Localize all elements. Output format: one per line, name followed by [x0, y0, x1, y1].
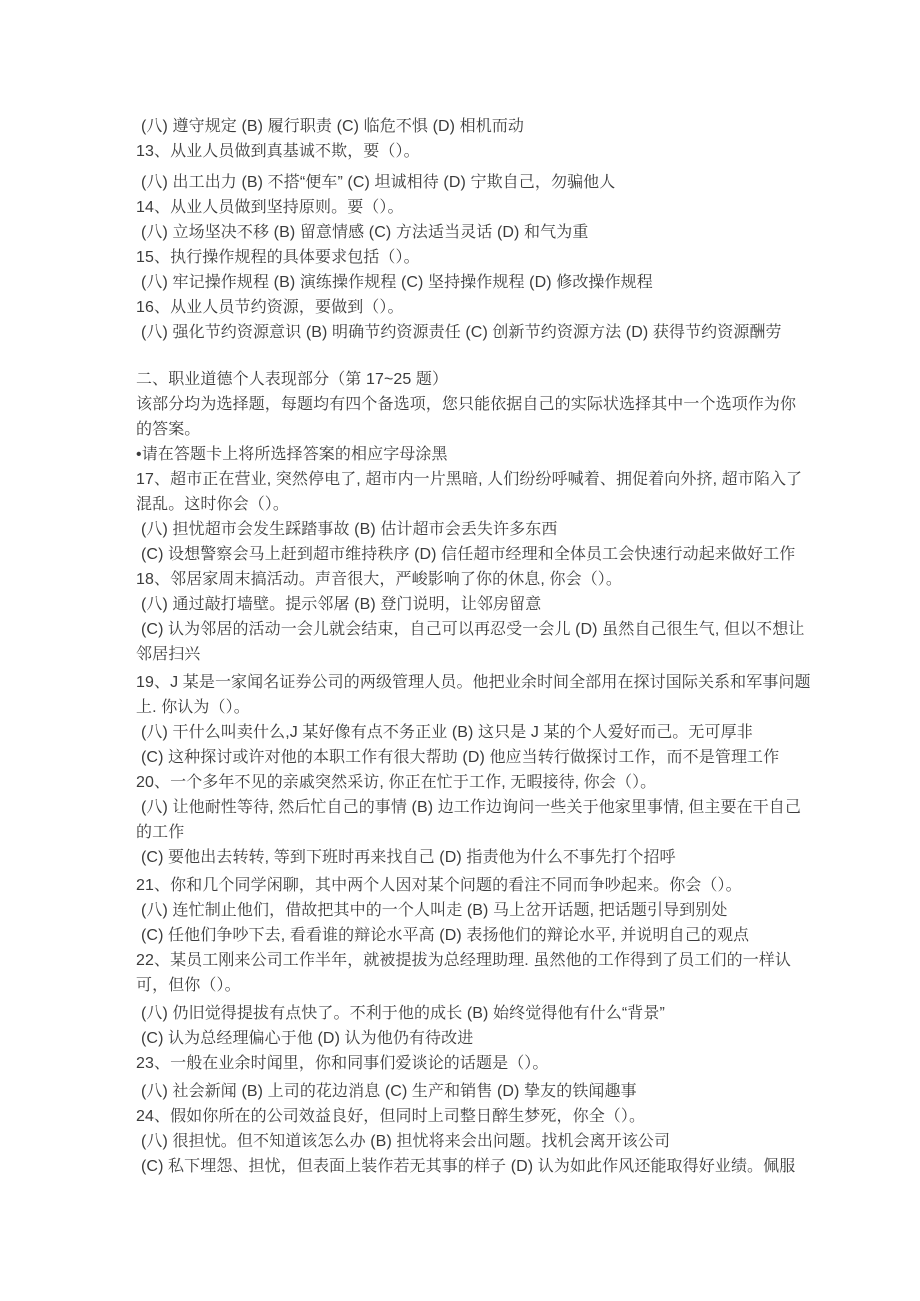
line-q19: 19、J 某是一家闻名证券公司的两级管理人员。他把业余时间全部用在探讨国际关系和…	[136, 670, 890, 695]
line-q15: 15、执行操作规程的具体要求包括（）。	[136, 245, 890, 270]
line-q19-options-cd: (C) 这种探讨或许对他的本职工作有很大帮助 (D) 他应当转行做探讨工作，而不…	[136, 745, 890, 770]
line-q20: 20、一个多年不见的亲戚突然采访, 你正在忙于工作, 无暇接待, 你会（）。	[136, 770, 890, 795]
exam-page: (八) 遵守规定 (B) 履行职责 (C) 临危不惧 (D) 相机而动 13、从…	[0, 0, 920, 1179]
line-q17-cont: 混乱。这时你会（）。	[136, 492, 890, 517]
section-2-instructions-1: 该部分均为选择题，每题均有四个备选项，您只能依据自己的实际状选择其中一个选项作为…	[136, 392, 890, 417]
line-q24-options-ab: (八) 很担忧。但不知道该怎么办 (B) 担忧将来会出问题。找机会离开该公司	[136, 1129, 890, 1154]
line-q14: 14、从业人员做到坚持原则。要（）。	[136, 195, 890, 220]
line-q23-options: (八) 社会新闻 (B) 上司的花边消息 (C) 生产和销售 (D) 挚友的铁闻…	[136, 1079, 890, 1104]
line-q13-options: (八) 出工出力 (B) 不搭“便车” (C) 坦诚相待 (D) 宁欺自己，勿骗…	[136, 170, 890, 195]
line-q18-options-cd: (C) 认为邻居的活动一会儿就会结束，自己可以再忍受一会儿 (D) 虽然自己很生…	[136, 617, 890, 642]
line-q24: 24、假如你所在的公司效益良好，但同时上司整日醉生梦死，你全（）。	[136, 1104, 890, 1129]
line-q18: 18、邻居家周末搞活动。声音很大，严峻影响了你的休息, 你会（）。	[136, 567, 890, 592]
line-q20-options-cd: (C) 要他出去转转, 等到下班时再来找自己 (D) 指责他为什么不事先打个招呼	[136, 845, 890, 870]
line-q20-options-ab: (八) 让他耐性等待, 然后忙自己的事情 (B) 边工作边询问一些关于他家里事情…	[136, 795, 890, 820]
line-q12-options: (八) 遵守规定 (B) 履行职责 (C) 临危不惧 (D) 相机而动	[136, 114, 890, 139]
line-q19-cont: 上. 你认为（）。	[136, 695, 890, 720]
line-q24-options-cd: (C) 私下埋怨、担忧，但表面上装作若无其事的样子 (D) 认为如此作风还能取得…	[136, 1154, 890, 1179]
line-q16: 16、从业人员节约资源，要做到（）。	[136, 295, 890, 320]
line-q21: 21、你和几个同学闲聊，其中两个人因对某个问题的看注不同而争吵起来。你会（）。	[136, 873, 890, 898]
line-q23: 23、一般在业余时闻里，你和同事们爱谈论的话题是（）。	[136, 1051, 890, 1076]
line-q22-cont: 可，但你（）。	[136, 973, 890, 998]
line-q18-options-cont: 邻居扫兴	[136, 642, 890, 667]
line-q15-options: (八) 牢记操作规程 (B) 演练操作规程 (C) 坚持操作规程 (D) 修改操…	[136, 270, 890, 295]
line-q20-options-cont: 的工作	[136, 820, 890, 845]
line-q19-options-ab: (八) 干什么叫卖什么,J 某好像有点不务正业 (B) 这只是 J 某的个人爱好…	[136, 720, 890, 745]
line-q21-options-ab: (八) 连忙制止他们，借故把其中的一个人叫走 (B) 马上岔开话题, 把话题引导…	[136, 898, 890, 923]
line-q13: 13、从业人员做到真基诚不欺，要（）。	[136, 139, 890, 164]
line-q18-options-ab: (八) 通过敲打墙壁。提示邻屠 (B) 登门说明，让邻房留意	[136, 592, 890, 617]
line-q17-options-cd: (C) 设想警察会马上赶到超市维持秩序 (D) 信任超市经理和全体员工会快速行动…	[136, 542, 890, 567]
line-q21-options-cd: (C) 任他们争吵下去, 看看谁的辩论水平高 (D) 表扬他们的辩论水平, 并说…	[136, 923, 890, 948]
line-q22: 22、某员工刚来公司工作半年，就被提拔为总经理助理. 虽然他的工作得到了员工们的…	[136, 948, 890, 973]
section-2-instructions-2: 的答案。	[136, 417, 890, 442]
line-q22-options-cd: (C) 认为总经理偏心于他 (D) 认为他仍有待改进	[136, 1026, 890, 1051]
line-q17-options-ab: (八) 担忧超市会发生踩踏事故 (B) 估计超市会丢失许多东西	[136, 517, 890, 542]
line-q17: 17、超市正在营业, 突然停电了, 超市内一片黑暗, 人们纷纷呼喊着、拥促着向外…	[136, 467, 890, 492]
section-2-note: •请在答题卡上将所选择答案的相应字母涂黑	[136, 442, 890, 467]
line-q14-options: (八) 立场坚决不移 (B) 留意情感 (C) 方法适当灵话 (D) 和气为重	[136, 220, 890, 245]
section-2-heading: 二、职业道德个人表现部分（第 17~25 题）	[136, 367, 890, 392]
line-q16-options: (八) 强化节约资源意识 (B) 明确节约资源责任 (C) 创新节约资源方法 (…	[136, 320, 890, 345]
line-q22-options-ab: (八) 仍旧觉得提拔有点快了。不利于他的成长 (B) 始终觉得他有什么“背景”	[136, 1001, 890, 1026]
